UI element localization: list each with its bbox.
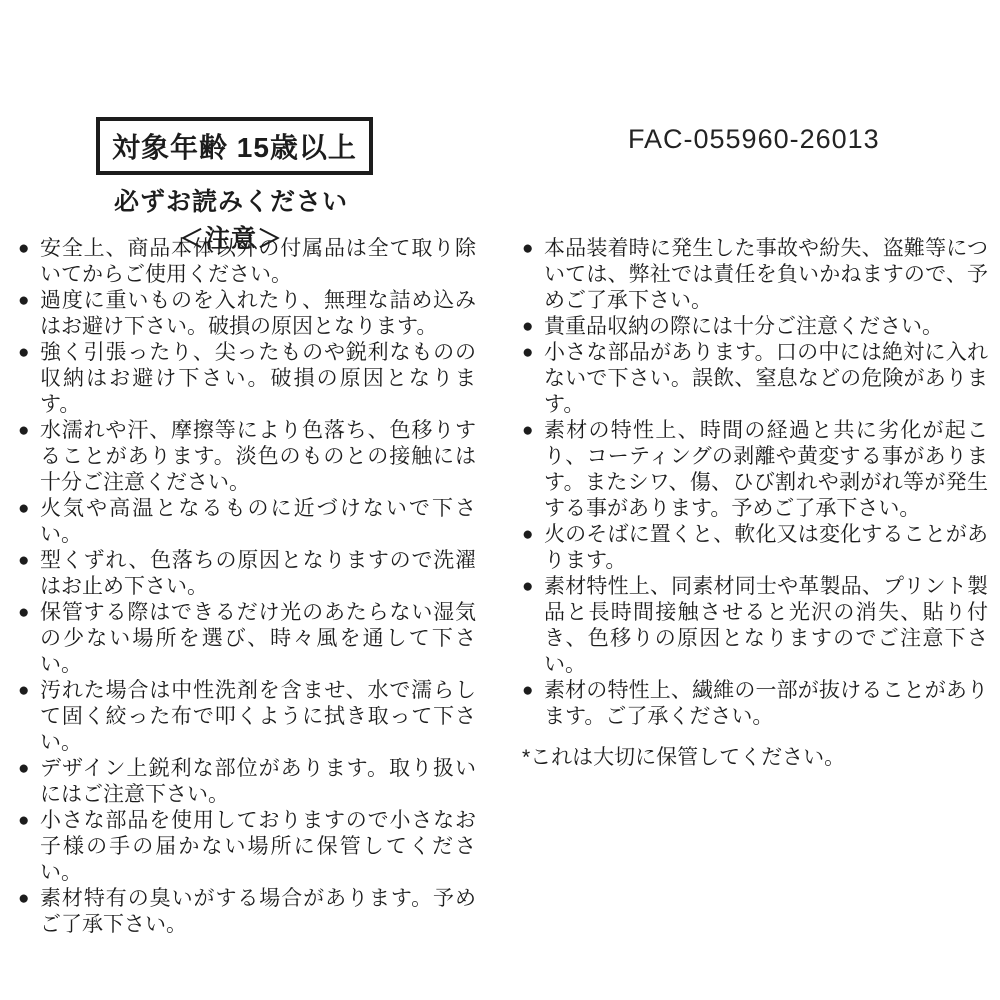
caution-item: ● 安全上、商品本体以外の付属品は全て取り除いてからご使用ください。 — [18, 236, 476, 288]
caution-item-text: 素材の特性上、繊維の一部が抜けることがあります。ご了承ください。 — [544, 678, 988, 730]
caution-item-text: 保管する際はできるだけ光のあたらない湿気の少ない場所を選び、時々風を通して下さい… — [40, 600, 476, 678]
caution-item-text: 貴重品収納の際には十分ご注意ください。 — [544, 314, 988, 340]
caution-item-text: 水濡れや汗、摩擦等により色落ち、色移りすることがあります。淡色のものとの接触には… — [40, 418, 476, 496]
caution-item-text: 本品装着時に発生した事故や紛失、盗難等については、弊社では責任を負いかねますので… — [544, 236, 988, 314]
caution-item: ● 火のそばに置くと、軟化又は変化することがあります。 — [522, 522, 988, 574]
caution-item-text: 火のそばに置くと、軟化又は変化することがあります。 — [544, 522, 988, 574]
caution-item-text: 安全上、商品本体以外の付属品は全て取り除いてからご使用ください。 — [40, 236, 476, 288]
header-block: 対象年齢 15歳以上 必ずお読みください ＜注意＞ — [96, 117, 366, 255]
caution-item-text: 素材特有の臭いがする場合があります。予めご了承下さい。 — [40, 886, 476, 938]
caution-item-text: 過度に重いものを入れたり、無理な詰め込みはお避け下さい。破損の原因となります。 — [40, 288, 476, 340]
age-restriction-box: 対象年齢 15歳以上 — [96, 117, 373, 175]
caution-item: ● 汚れた場合は中性洗剤を含ませ、水で濡らして固く絞った布で叩くように拭き取って… — [18, 678, 476, 756]
caution-item: ● 素材特有の臭いがする場合があります。予めご了承下さい。 — [18, 886, 476, 938]
bullet-icon: ● — [18, 548, 40, 600]
bullet-icon: ● — [18, 288, 40, 340]
caution-item-text: 強く引張ったり、尖ったものや鋭利なものの収納はお避け下さい。破損の原因となります… — [40, 340, 476, 418]
bullet-icon: ● — [522, 418, 544, 522]
right-column: ● 本品装着時に発生した事故や紛失、盗難等については、弊社では責任を負いかねます… — [522, 236, 988, 771]
bullet-icon: ● — [18, 496, 40, 548]
caution-item-text: 汚れた場合は中性洗剤を含ませ、水で濡らして固く絞った布で叩くように拭き取って下さ… — [40, 678, 476, 756]
caution-item-text: 素材特性上、同素材同士や革製品、プリント製品と長時間接触させると光沢の消失、貼り… — [544, 574, 988, 678]
caution-item: ● 素材の特性上、時間の経過と共に劣化が起こり、コーティングの剥離や黄変する事が… — [522, 418, 988, 522]
bullet-icon: ● — [522, 522, 544, 574]
bullet-icon: ● — [18, 600, 40, 678]
caution-sheet: 対象年齢 15歳以上 必ずお読みください ＜注意＞ FAC-055960-260… — [0, 0, 1000, 1000]
caution-item: ● 小さな部品を使用しておりますので小さなお子様の手の届かない場所に保管してくだ… — [18, 808, 476, 886]
bullet-icon: ● — [18, 340, 40, 418]
caution-item: ● デザイン上鋭利な部位があります。取り扱いにはご注意下さい。 — [18, 756, 476, 808]
caution-item-text: 素材の特性上、時間の経過と共に劣化が起こり、コーティングの剥離や黄変する事があり… — [544, 418, 988, 522]
caution-item: ● 素材特性上、同素材同士や革製品、プリント製品と長時間接触させると光沢の消失、… — [522, 574, 988, 678]
caution-item-text: 型くずれ、色落ちの原因となりますので洗濯はお止め下さい。 — [40, 548, 476, 600]
caution-item-text: 小さな部品を使用しておりますので小さなお子様の手の届かない場所に保管してください… — [40, 808, 476, 886]
product-code: FAC-055960-26013 — [628, 124, 880, 155]
caution-item: ● 貴重品収納の際には十分ご注意ください。 — [522, 314, 988, 340]
caution-item: ● 小さな部品があります。口の中には絶対に入れないで下さい。誤飲、窒息などの危険… — [522, 340, 988, 418]
caution-item-text: 火気や高温となるものに近づけないで下さい。 — [40, 496, 476, 548]
bullet-icon: ● — [522, 236, 544, 314]
must-read-notice: 必ずお読みください — [96, 182, 366, 218]
left-column: ● 安全上、商品本体以外の付属品は全て取り除いてからご使用ください。 ● 過度に… — [18, 236, 476, 938]
caution-item: ● 型くずれ、色落ちの原因となりますので洗濯はお止め下さい。 — [18, 548, 476, 600]
caution-item-text: デザイン上鋭利な部位があります。取り扱いにはご注意下さい。 — [40, 756, 476, 808]
right-column-items: ● 本品装着時に発生した事故や紛失、盗難等については、弊社では責任を負いかねます… — [522, 236, 988, 730]
caution-item: ● 火気や高温となるものに近づけないで下さい。 — [18, 496, 476, 548]
bullet-icon: ● — [18, 236, 40, 288]
caution-item: ● 強く引張ったり、尖ったものや鋭利なものの収納はお避け下さい。破損の原因となり… — [18, 340, 476, 418]
caution-item-text: 小さな部品があります。口の中には絶対に入れないで下さい。誤飲、窒息などの危険があ… — [544, 340, 988, 418]
bullet-icon: ● — [18, 678, 40, 756]
caution-item: ● 過度に重いものを入れたり、無理な詰め込みはお避け下さい。破損の原因となります… — [18, 288, 476, 340]
bullet-icon: ● — [522, 678, 544, 730]
bullet-icon: ● — [18, 886, 40, 938]
bullet-icon: ● — [522, 314, 544, 340]
caution-item: ● 本品装着時に発生した事故や紛失、盗難等については、弊社では責任を負いかねます… — [522, 236, 988, 314]
caution-item: ● 素材の特性上、繊維の一部が抜けることがあります。ご了承ください。 — [522, 678, 988, 730]
bullet-icon: ● — [522, 340, 544, 418]
bullet-icon: ● — [18, 418, 40, 496]
caution-item: ● 保管する際はできるだけ光のあたらない湿気の少ない場所を選び、時々風を通して下… — [18, 600, 476, 678]
bullet-icon: ● — [18, 808, 40, 886]
caution-item: ● 水濡れや汗、摩擦等により色落ち、色移りすることがあります。淡色のものとの接触… — [18, 418, 476, 496]
bullet-icon: ● — [18, 756, 40, 808]
bullet-icon: ● — [522, 574, 544, 678]
age-restriction-label: 対象年齢 15歳以上 — [112, 132, 357, 163]
footnote: *これは大切に保管してください。 — [522, 745, 988, 771]
